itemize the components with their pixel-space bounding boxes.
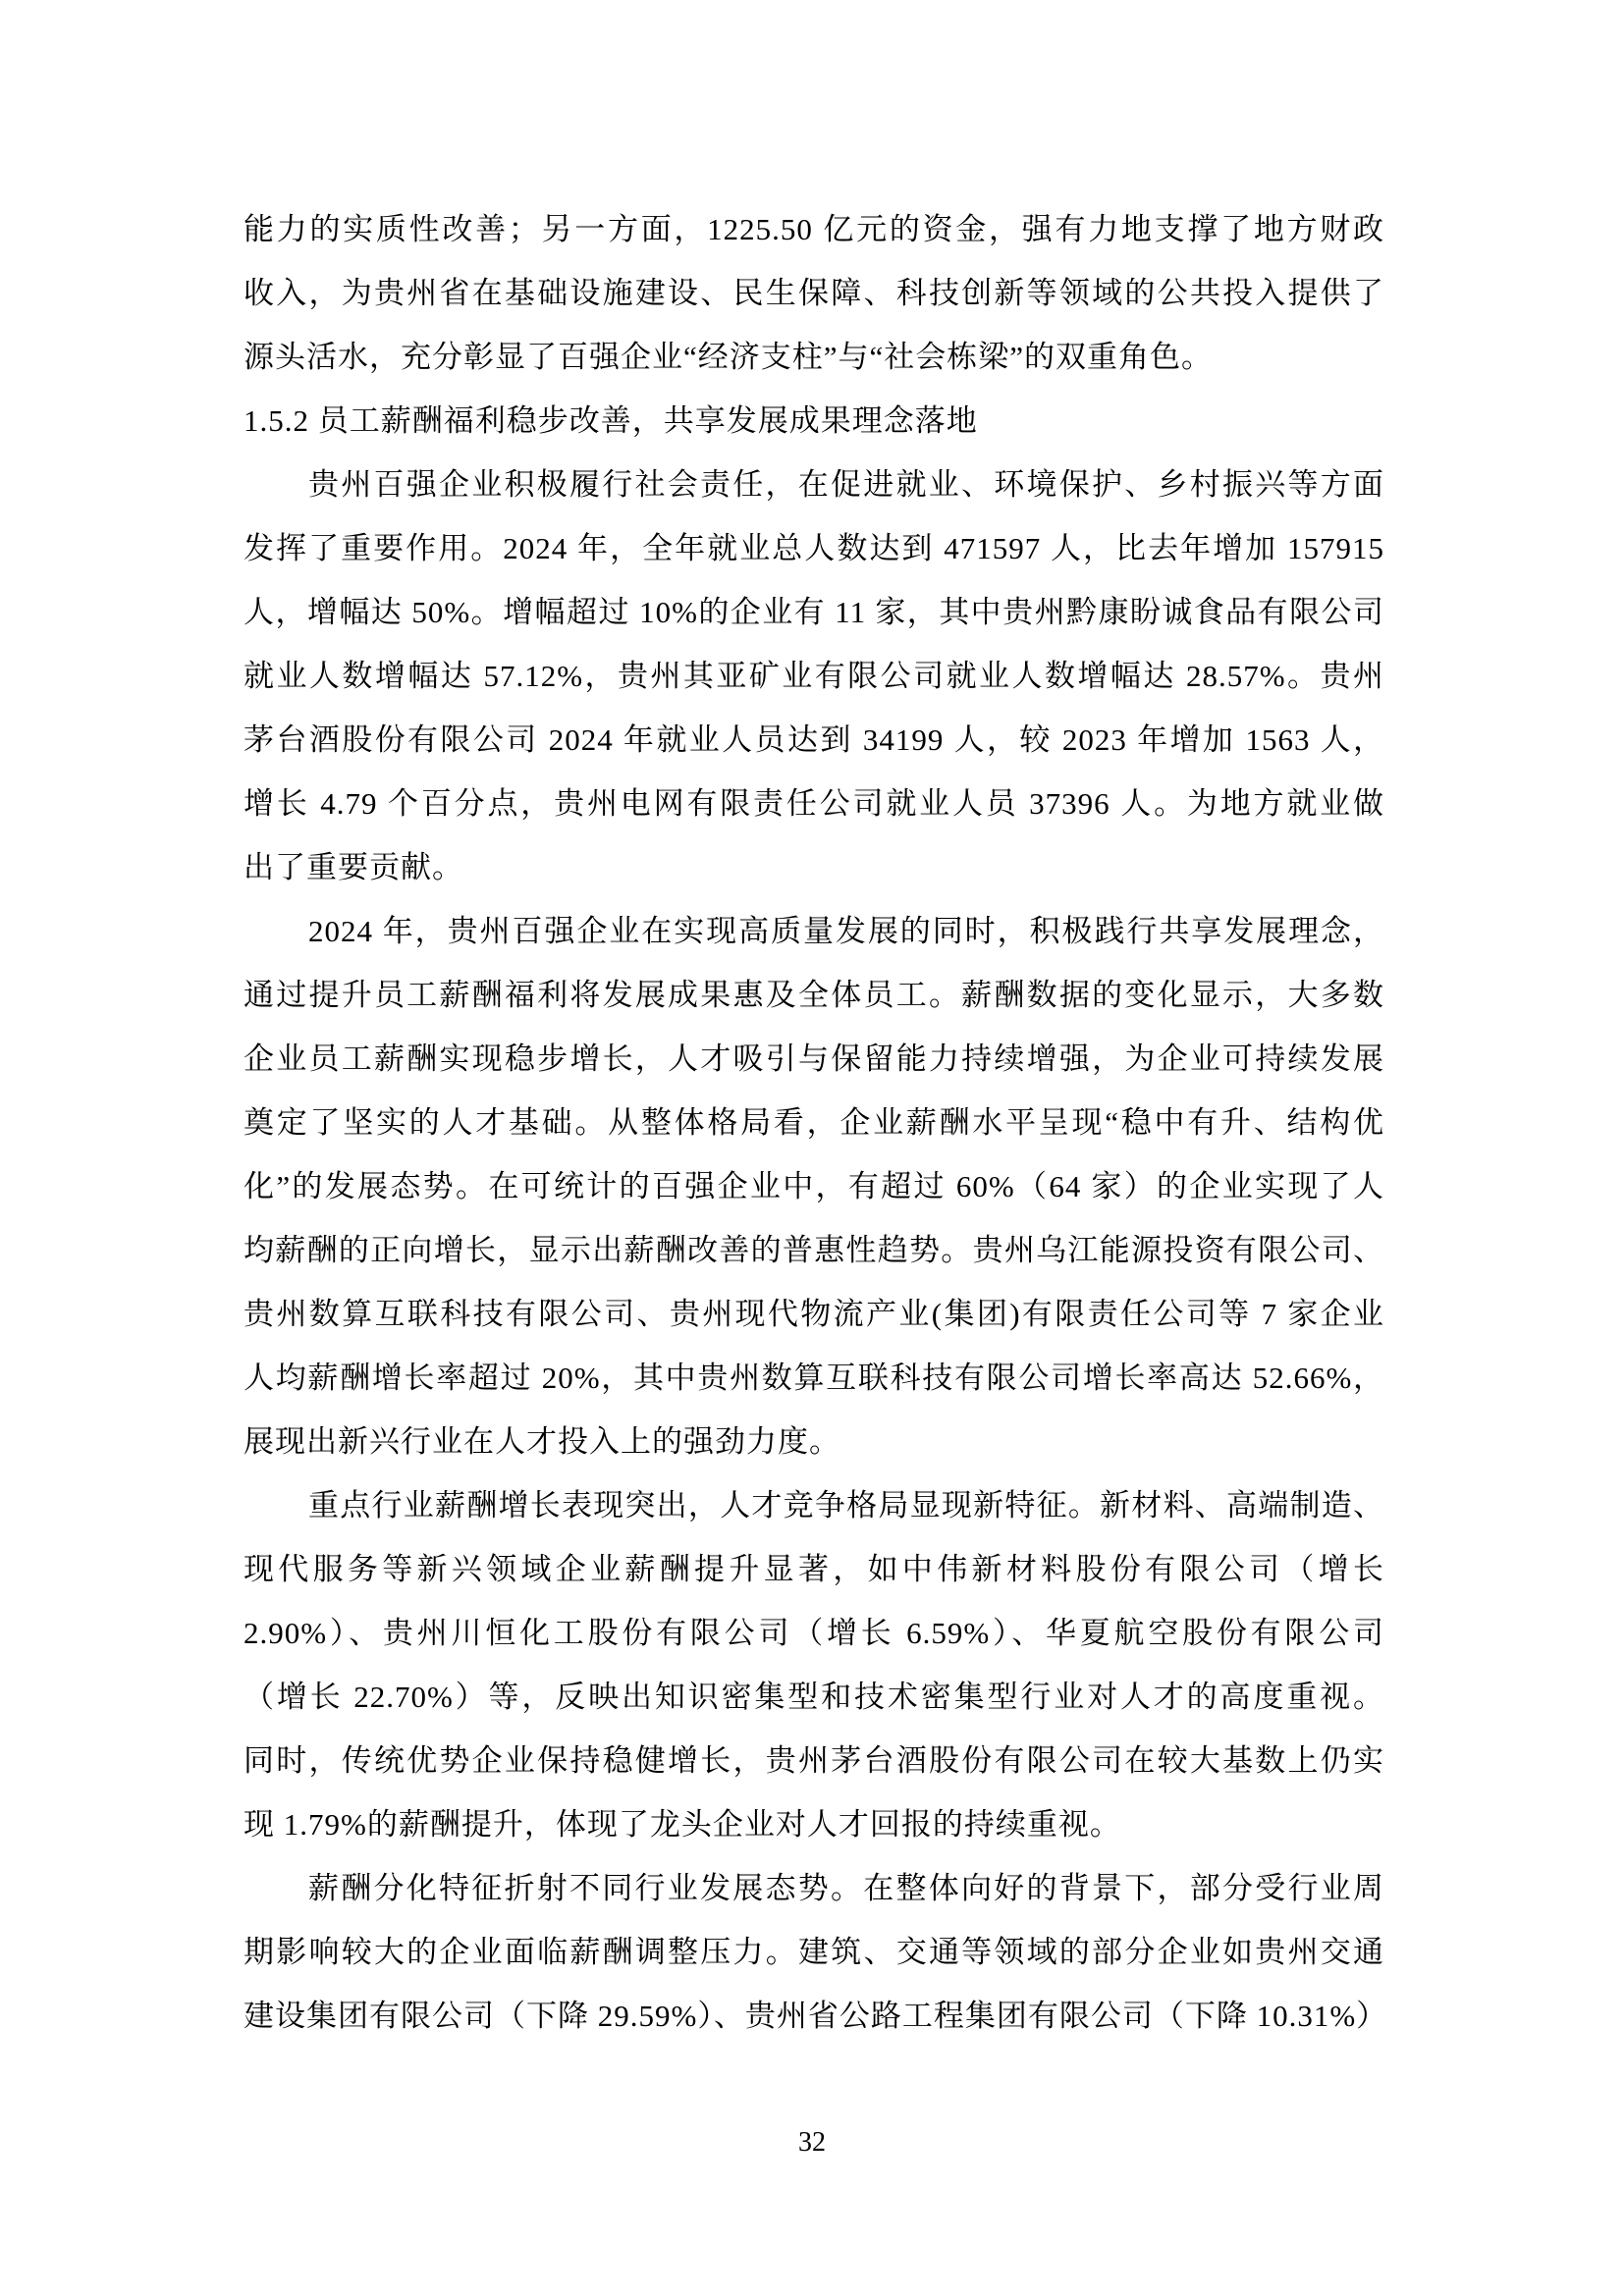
text-line: 期影响较大的企业面临薪酬调整压力。建筑、交通等领域的部分企业如贵州交通 xyxy=(244,1920,1384,1984)
text-line: 企业员工薪酬实现稳步增长，人才吸引与保留能力持续增强，为企业可持续发展 xyxy=(244,1027,1384,1091)
text-block: 能力的实质性改善；另一方面，1225.50 亿元的资金，强有力地支撑了地方财政 … xyxy=(244,197,1384,2048)
section-heading-1-5-2: 1.5.2 员工薪酬福利稳步改善，共享发展成果理念落地 xyxy=(244,389,1384,453)
text-line: 展现出新兴行业在人才投入上的强劲力度。 xyxy=(244,1410,1384,1473)
text-line: 2024 年，贵州百强企业在实现高质量发展的同时，积极践行共享发展理念， xyxy=(244,899,1384,963)
text-line: （增长 22.70%）等，反映出知识密集型和技术密集型行业对人才的高度重视。 xyxy=(244,1665,1384,1729)
text-line: 重点行业薪酬增长表现突出，人才竞争格局显现新特征。新材料、高端制造、 xyxy=(244,1473,1384,1537)
text-line: 就业人数增幅达 57.12%，贵州其亚矿业有限公司就业人数增幅达 28.57%。… xyxy=(244,644,1384,708)
text-line: 2.90%）、贵州川恒化工股份有限公司（增长 6.59%）、华夏航空股份有限公司 xyxy=(244,1601,1384,1665)
text-line: 源头活水，充分彰显了百强企业“经济支柱”与“社会栋梁”的双重角色。 xyxy=(244,325,1384,389)
text-line: 均薪酬的正向增长，显示出薪酬改善的普惠性趋势。贵州乌江能源投资有限公司、 xyxy=(244,1218,1384,1282)
text-line: 人，增幅达 50%。增幅超过 10%的企业有 11 家，其中贵州黔康盼诚食品有限… xyxy=(244,580,1384,644)
text-line: 化”的发展态势。在可统计的百强企业中，有超过 60%（64 家）的企业实现了人 xyxy=(244,1154,1384,1218)
text-line: 薪酬分化特征折射不同行业发展态势。在整体向好的背景下，部分受行业周 xyxy=(244,1856,1384,1920)
text-line: 奠定了坚实的人才基础。从整体格局看，企业薪酬水平呈现“稳中有升、结构优 xyxy=(244,1091,1384,1154)
text-line: 通过提升员工薪酬福利将发展成果惠及全体员工。薪酬数据的变化显示，大多数 xyxy=(244,963,1384,1027)
text-line: 茅台酒股份有限公司 2024 年就业人员达到 34199 人，较 2023 年增… xyxy=(244,708,1384,772)
text-line: 建设集团有限公司（下降 29.59%）、贵州省公路工程集团有限公司（下降 10.… xyxy=(244,1984,1384,2048)
text-line: 现代服务等新兴领域企业薪酬提升显著，如中伟新材料股份有限公司（增长 xyxy=(244,1537,1384,1601)
text-line: 贵州数算互联科技有限公司、贵州现代物流产业(集团)有限责任公司等 7 家企业 xyxy=(244,1282,1384,1346)
text-line: 出了重要贡献。 xyxy=(244,835,1384,899)
text-line: 增长 4.79 个百分点，贵州电网有限责任公司就业人员 37396 人。为地方就… xyxy=(244,772,1384,835)
text-line: 人均薪酬增长率超过 20%，其中贵州数算互联科技有限公司增长率高达 52.66%… xyxy=(244,1346,1384,1410)
text-line: 贵州百强企业积极履行社会责任，在促进就业、环境保护、乡村振兴等方面 xyxy=(244,453,1384,516)
text-line: 收入，为贵州省在基础设施建设、民生保障、科技创新等领域的公共投入提供了 xyxy=(244,261,1384,325)
page-number: 32 xyxy=(0,2126,1624,2160)
text-line: 现 1.79%的薪酬提升，体现了龙头企业对人才回报的持续重视。 xyxy=(244,1792,1384,1856)
text-line: 能力的实质性改善；另一方面，1225.50 亿元的资金，强有力地支撑了地方财政 xyxy=(244,197,1384,261)
text-line: 发挥了重要作用。2024 年，全年就业总人数达到 471597 人，比去年增加 … xyxy=(244,516,1384,580)
text-line: 同时，传统优势企业保持稳健增长，贵州茅台酒股份有限公司在较大基数上仍实 xyxy=(244,1729,1384,1792)
document-page: 能力的实质性改善；另一方面，1225.50 亿元的资金，强有力地支撑了地方财政 … xyxy=(0,0,1624,2296)
